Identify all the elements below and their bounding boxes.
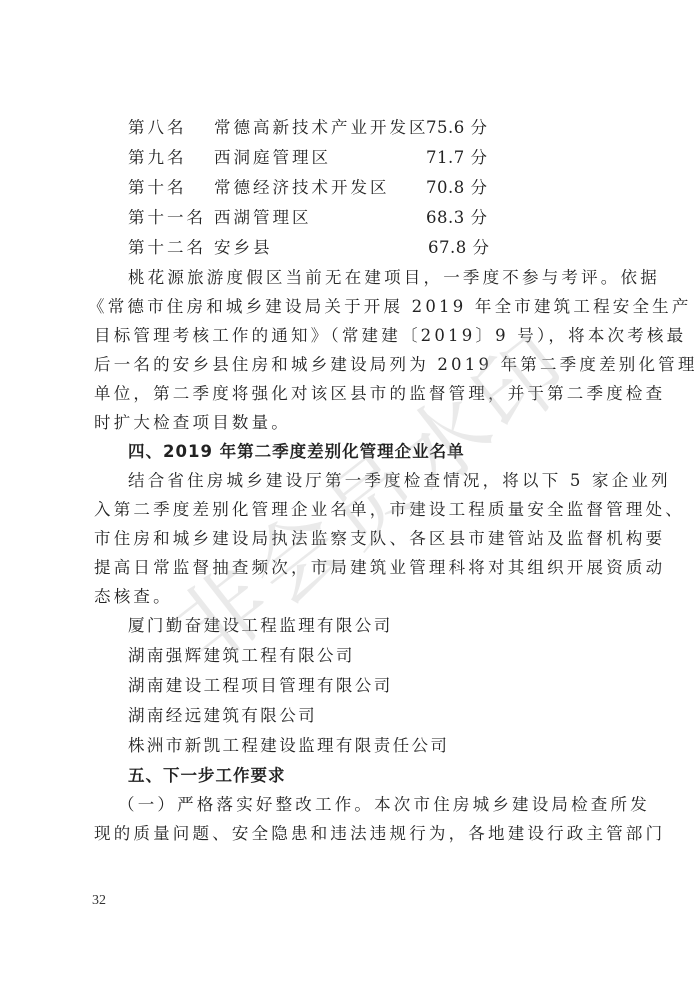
paragraph-line: 目标管理考核工作的通知》（常建建〔2019〕9 号），将本次考核最 (94, 321, 610, 350)
paragraph-line: 结合省住房城乡建设厅第一季度检查情况，将以下 5 家企业列 (128, 466, 610, 495)
company-item: 湖南强辉建筑工程有限公司 (128, 641, 610, 670)
rank-name: 西湖管理区 (214, 203, 312, 232)
paragraph-line: 后一名的安乡县住房和城乡建设局列为 2019 年第二季度差别化管理 (94, 350, 610, 379)
document-page: 第八名 常德高新技术产业开发区 75.6 分 第九名 西洞庭管理区 71.7 分… (0, 0, 700, 990)
paragraph-line: 提高日常监督抽查频次，市局建筑业管理科将对其组织开展资质动 (94, 553, 610, 582)
paragraph-line: 单位，第二季度将强化对该区县市的监督管理，并于第二季度检查 (94, 379, 610, 408)
rank-name: 常德经济技术开发区 (214, 173, 390, 202)
rank-score: 67.8 分 (428, 233, 489, 262)
rank-label: 第八名 (128, 113, 187, 142)
page-number: 32 (92, 893, 106, 909)
company-item: 湖南经远建筑有限公司 (128, 701, 610, 730)
rank-score: 71.7 分 (426, 143, 487, 172)
rank-label: 第十一名 (128, 203, 206, 232)
rank-score: 68.3 分 (426, 203, 487, 232)
paragraph-line: 时扩大检查项目数量。 (94, 408, 610, 437)
paragraph-line: 市住房和城乡建设局执法监察支队、各区县市建管站及监督机构要 (94, 524, 610, 553)
company-item: 株洲市新凯工程建设监理有限责任公司 (128, 731, 610, 760)
paragraph-line: 入第二季度差别化管理企业名单，市建设工程质量安全监督管理处、 (94, 495, 610, 524)
paragraph-line: 桃花源旅游度假区当前无在建项目，一季度不参与考评。依据 (128, 263, 610, 292)
rank-label: 第九名 (128, 143, 187, 172)
section-heading: 五、下一步工作要求 (128, 761, 610, 790)
section-heading: 四、2019 年第二季度差别化管理企业名单 (128, 437, 610, 466)
paragraph-line: 现的质量问题、安全隐患和违法违规行为，各地建设行政主管部门 (94, 819, 610, 848)
paragraph-line: 《常德市住房和城乡建设局关于开展 2019 年全市建筑工程安全生产 (88, 292, 610, 321)
company-item: 湖南建设工程项目管理有限公司 (128, 671, 610, 700)
paragraph-line: 态核查。 (94, 582, 610, 611)
rank-score: 75.6 分 (426, 113, 487, 142)
paragraph-line: （一）严格落实好整改工作。本次市住房城乡建设局检查所发 (118, 790, 600, 819)
rank-label: 第十二名 (128, 233, 206, 262)
rank-score: 70.8 分 (426, 173, 487, 202)
rank-label: 第十名 (128, 173, 187, 202)
rank-name: 安乡县 (214, 233, 273, 262)
rank-name: 常德高新技术产业开发区 (214, 113, 429, 142)
rank-name: 西洞庭管理区 (214, 143, 331, 172)
company-item: 厦门勤奋建设工程监理有限公司 (128, 611, 610, 640)
